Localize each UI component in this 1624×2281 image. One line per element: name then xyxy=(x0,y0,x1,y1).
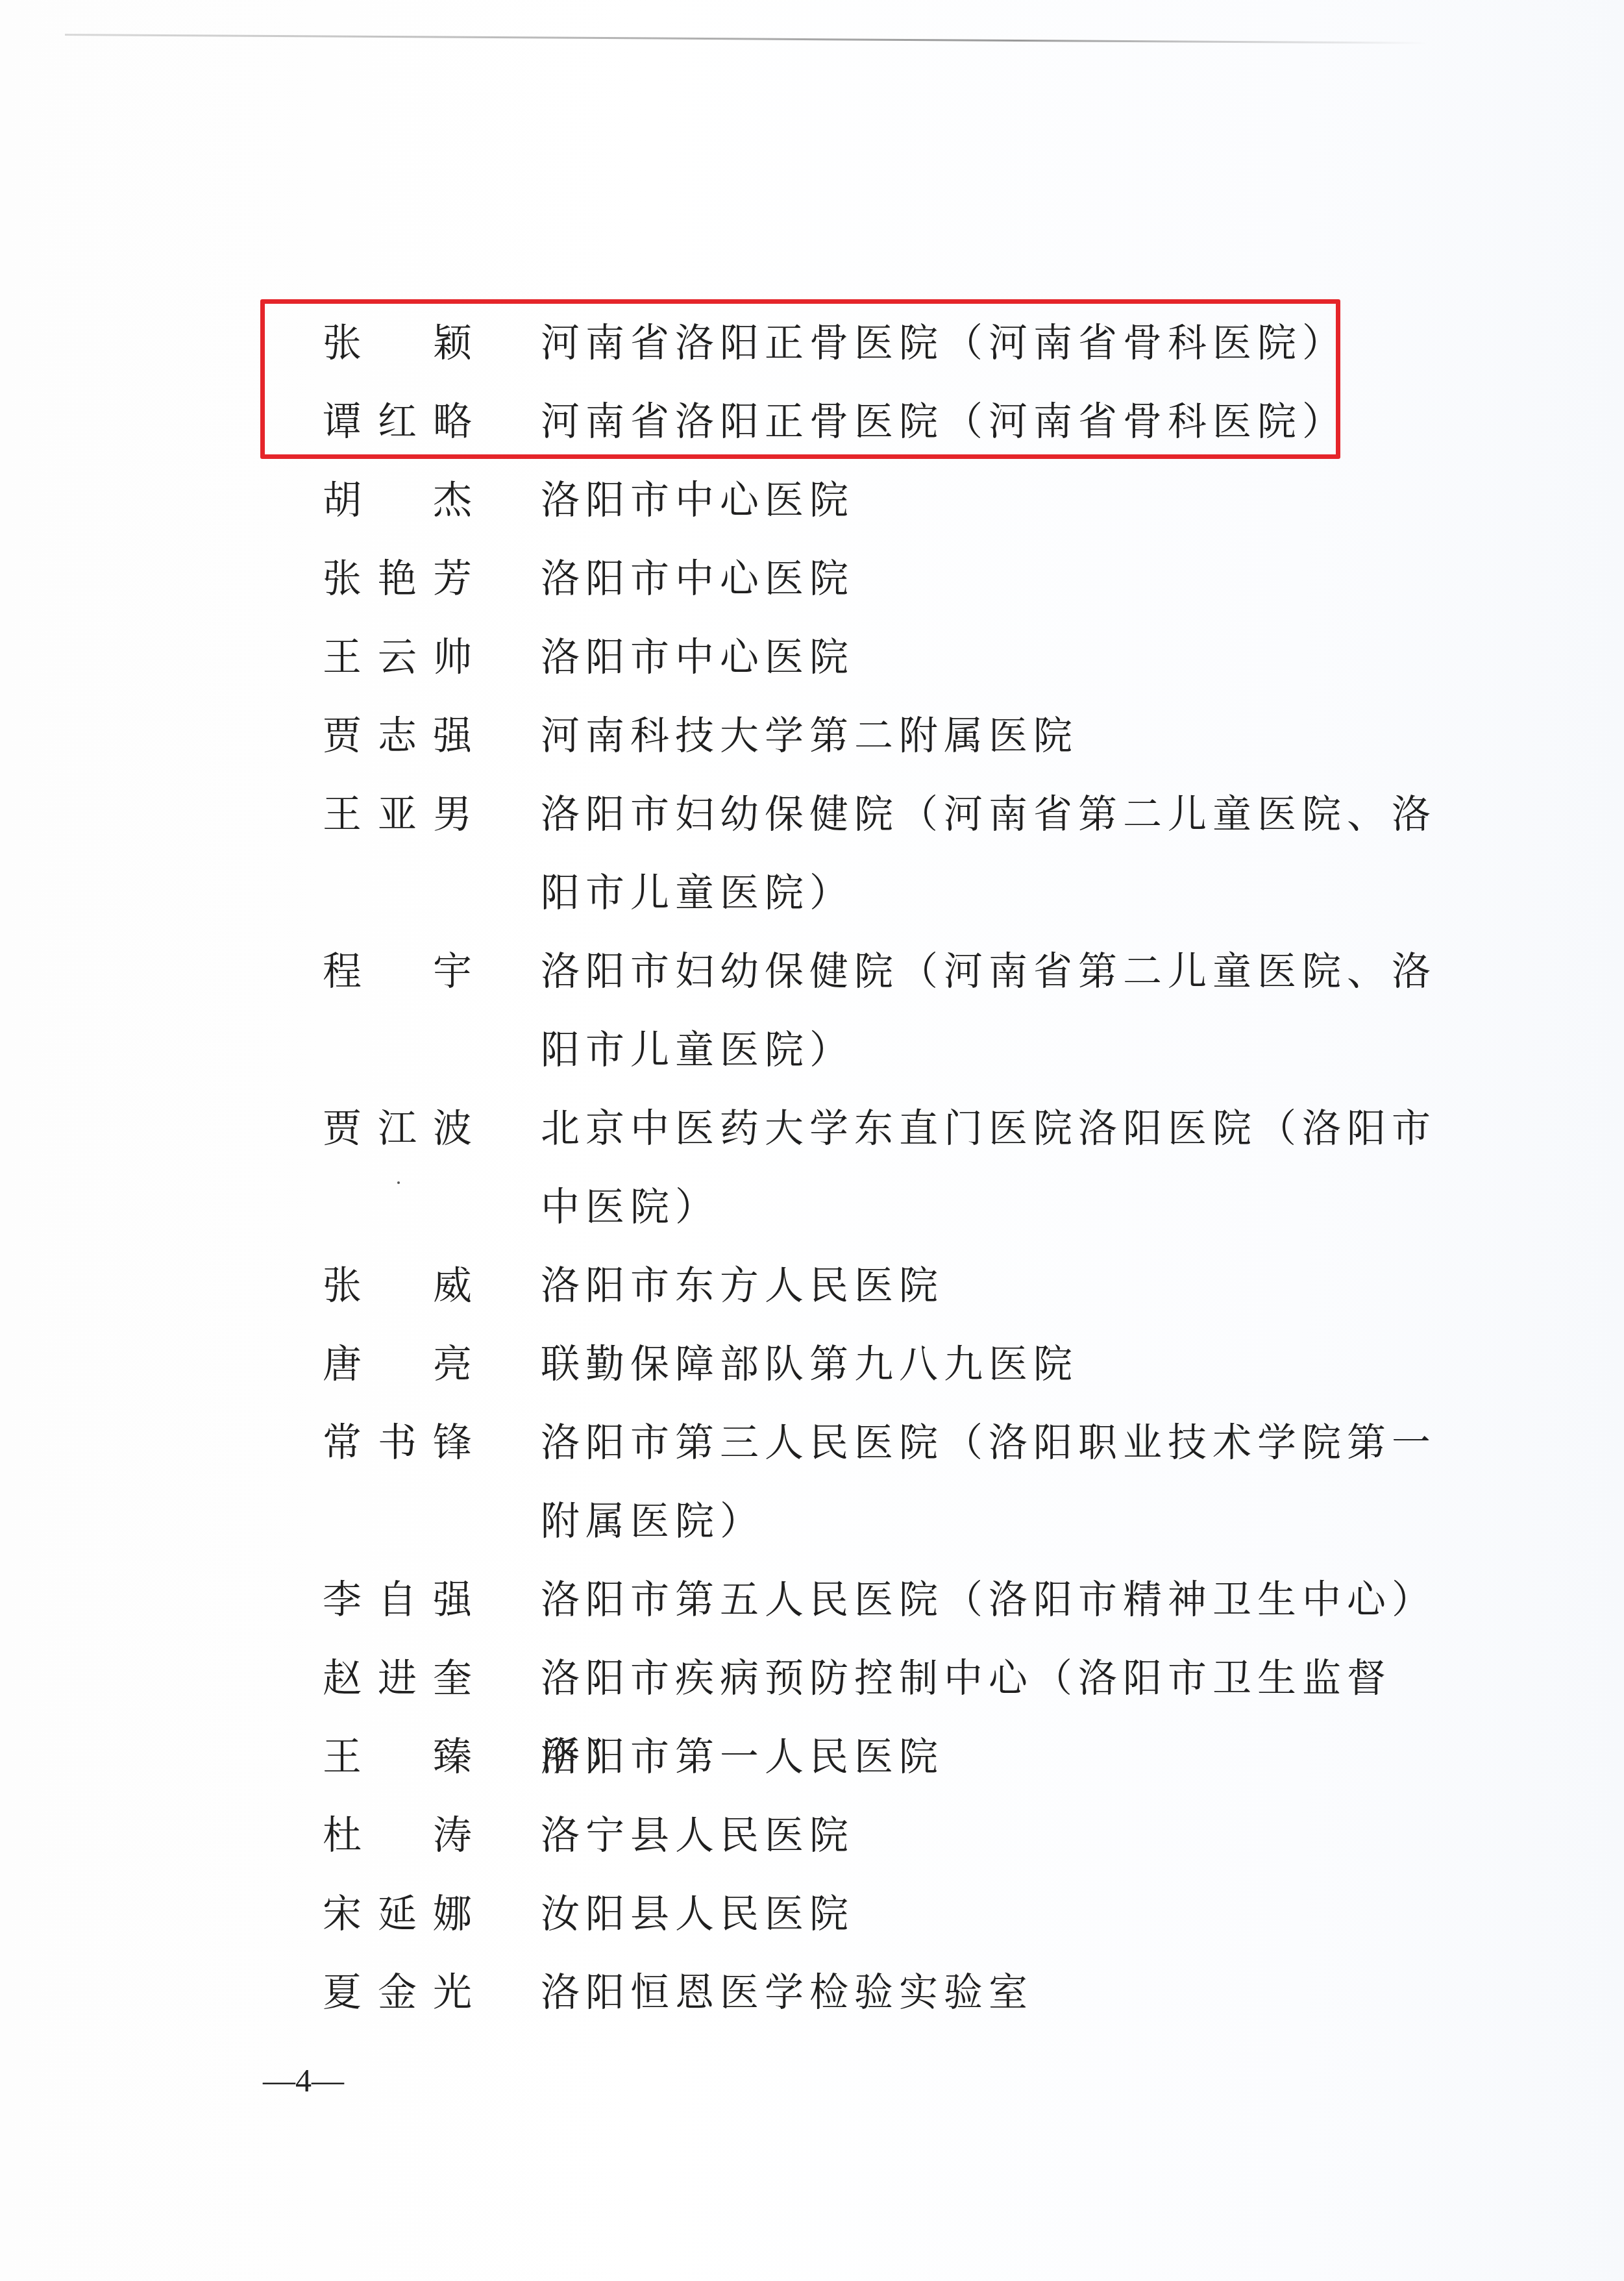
name-char: 强 xyxy=(433,697,472,776)
name-char: 臻 xyxy=(433,1718,472,1797)
person-name: 张艳芳 xyxy=(323,540,472,619)
institution-name: 北京中医药大学东直门医院洛阳医院（洛阳市中医院） xyxy=(541,1090,1436,1247)
person-name: 王云帅 xyxy=(323,619,472,697)
institution-name: 洛阳市第三人民医院（洛阳职业技术学院第一附属医院） xyxy=(541,1404,1436,1561)
institution-name: 河南省洛阳正骨医院（河南省骨科医院） xyxy=(541,304,1436,383)
name-char: 胡 xyxy=(323,462,362,540)
name-char: 延 xyxy=(378,1875,417,1954)
name-char: 进 xyxy=(378,1640,417,1718)
person-name: 唐亮 xyxy=(323,1325,472,1404)
name-char: 杜 xyxy=(323,1797,362,1875)
person-name: 张颖 xyxy=(323,304,472,383)
name-char: 常 xyxy=(323,1404,362,1483)
name-char: 红 xyxy=(378,383,417,462)
institution-name: 汝阳县人民医院 xyxy=(541,1875,1436,1954)
institution-name: 洛阳市第五人民医院（洛阳市精神卫生中心） xyxy=(541,1561,1436,1640)
name-char: 宋 xyxy=(323,1875,362,1954)
institution-name: 洛阳市妇幼保健院（河南省第二儿童医院、洛阳市儿童医院） xyxy=(541,776,1436,933)
name-char: 书 xyxy=(378,1404,417,1483)
name-char: 波 xyxy=(433,1090,472,1168)
name-char: 芳 xyxy=(433,540,472,619)
name-char: 娜 xyxy=(433,1875,472,1954)
institution-name: 联勤保障部队第九八九医院 xyxy=(541,1325,1436,1404)
name-char: 略 xyxy=(433,383,472,462)
name-char: 唐 xyxy=(323,1325,362,1404)
person-name: 王亚男 xyxy=(323,776,472,854)
name-char: 张 xyxy=(323,1247,362,1325)
name-char: 贾 xyxy=(323,1090,362,1168)
name-char: 李 xyxy=(323,1561,362,1640)
person-name: 贾志强 xyxy=(323,697,472,776)
person-name: 贾江波 xyxy=(323,1090,472,1168)
name-char: 帅 xyxy=(433,619,472,697)
name-char: 云 xyxy=(378,619,417,697)
name-char: 亚 xyxy=(378,776,417,854)
name-char: 亮 xyxy=(433,1325,472,1404)
institution-name: 洛阳市第一人民医院 xyxy=(541,1718,1436,1797)
institution-name: 河南科技大学第二附属医院 xyxy=(541,697,1436,776)
name-char: 自 xyxy=(378,1561,417,1640)
name-char: 志 xyxy=(378,697,417,776)
name-char: 江 xyxy=(378,1090,417,1168)
person-name: 夏金光 xyxy=(323,1954,472,2032)
page-number: —4— xyxy=(263,2058,344,2103)
institution-name: 洛宁县人民医院 xyxy=(541,1797,1436,1875)
institution-name: 洛阳市妇幼保健院（河南省第二儿童医院、洛阳市儿童医院） xyxy=(541,933,1436,1090)
person-name: 杜涛 xyxy=(323,1797,472,1875)
scan-top-edge xyxy=(65,34,1428,44)
name-char: 金 xyxy=(378,1954,417,2032)
name-char: 谭 xyxy=(323,383,362,462)
name-char: 贾 xyxy=(323,697,362,776)
institution-name: 洛阳恒恩医学检验实验室 xyxy=(541,1954,1436,2032)
name-char: 张 xyxy=(323,540,362,619)
person-name: 谭红略 xyxy=(323,383,472,462)
person-name: 李自强 xyxy=(323,1561,472,1640)
scan-artifact-dot xyxy=(397,1181,400,1184)
name-char: 夏 xyxy=(323,1954,362,2032)
institution-name: 洛阳市东方人民医院 xyxy=(541,1247,1436,1325)
name-char: 颖 xyxy=(433,304,472,383)
person-name: 常书锋 xyxy=(323,1404,472,1483)
name-char: 奎 xyxy=(433,1640,472,1718)
person-name: 王臻 xyxy=(323,1718,472,1797)
person-name: 宋延娜 xyxy=(323,1875,472,1954)
institution-name: 洛阳市中心医院 xyxy=(541,619,1436,697)
name-char: 强 xyxy=(433,1561,472,1640)
name-char: 男 xyxy=(433,776,472,854)
name-char: 艳 xyxy=(378,540,417,619)
person-name: 胡杰 xyxy=(323,462,472,540)
institution-name: 洛阳市中心医院 xyxy=(541,540,1436,619)
name-char: 涛 xyxy=(433,1797,472,1875)
person-name: 程宇 xyxy=(323,933,472,1011)
person-name: 张威 xyxy=(323,1247,472,1325)
name-char: 宇 xyxy=(433,933,472,1011)
institution-name: 洛阳市中心医院 xyxy=(541,462,1436,540)
name-char: 光 xyxy=(433,1954,472,2032)
person-name: 赵进奎 xyxy=(323,1640,472,1718)
name-char: 王 xyxy=(323,1718,362,1797)
name-char: 张 xyxy=(323,304,362,383)
name-char: 赵 xyxy=(323,1640,362,1718)
name-char: 杰 xyxy=(433,462,472,540)
name-char: 王 xyxy=(323,619,362,697)
institution-name: 河南省洛阳正骨医院（河南省骨科医院） xyxy=(541,383,1436,462)
name-char: 锋 xyxy=(433,1404,472,1483)
name-char: 程 xyxy=(323,933,362,1011)
name-char: 威 xyxy=(433,1247,472,1325)
document-page: 张颖河南省洛阳正骨医院（河南省骨科医院）谭红略河南省洛阳正骨医院（河南省骨科医院… xyxy=(0,0,1624,2281)
name-char: 王 xyxy=(323,776,362,854)
